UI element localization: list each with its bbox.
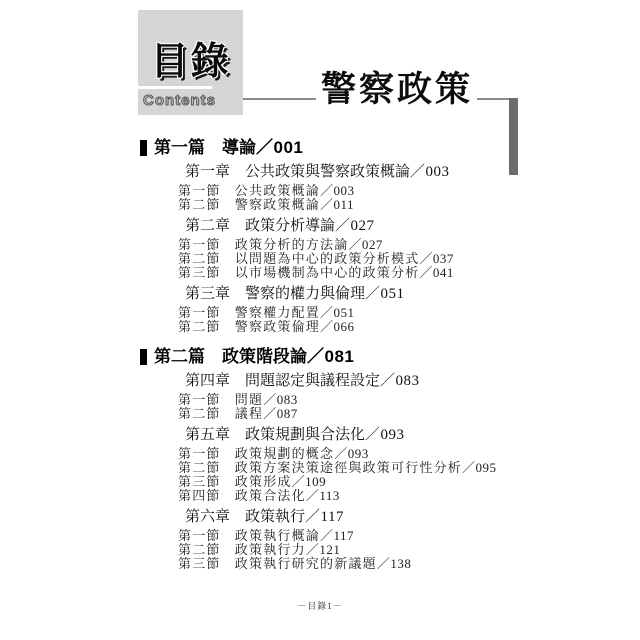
toc-entry-page: ／087 (263, 406, 298, 421)
toc-entry-section: 第四節 政策合法化／113 (140, 489, 522, 503)
toc-entry-page: ／109 (292, 474, 327, 489)
contents-badge: 目錄 Contents (138, 10, 243, 115)
toc-entry-section: 第二節 議程／087 (140, 407, 522, 421)
toc-entry-page: ／093 (334, 446, 369, 461)
toc-entry-title: 第一章 公共政策與警察政策概論 (185, 164, 410, 180)
toc-entry-chapter: 第三章 警察的權力與倫理／051 (140, 285, 522, 303)
toc-entry-chapter: 第六章 政策執行／117 (140, 508, 522, 526)
toc-entry-title: 第二節 政策執行力 (178, 542, 306, 557)
toc-entry-page: ／083 (263, 392, 298, 407)
toc-entry-title: 第一節 警察權力配置 (178, 305, 320, 320)
toc-entry-title: 第二篇 政策階段論 (154, 347, 307, 367)
part-marker-bar (140, 140, 147, 156)
title-rule-right (477, 98, 510, 100)
badge-divider-line (138, 86, 212, 89)
toc-entry-page: ／138 (377, 556, 412, 571)
toc-entry-section: 第一節 政策分析的方法論／027 (140, 238, 522, 252)
toc-entry-section: 第三節 政策形成／109 (140, 475, 522, 489)
toc-entry-title: 第五章 政策規劃與合法化 (185, 427, 365, 443)
toc-entry-title: 第一節 政策執行概論 (178, 528, 320, 543)
toc-entry-page: ／083 (380, 373, 420, 389)
page-footer: －目錄1－ (0, 599, 640, 612)
toc-entry-chapter: 第四章 問題認定與議程設定／083 (140, 372, 522, 390)
toc-entry-title: 第四節 政策合法化 (178, 488, 306, 503)
toc-entry-title: 第二節 警察政策倫理 (178, 319, 320, 334)
toc-entry-title: 第一節 問題 (178, 392, 263, 407)
toc-entry-page: ／117 (305, 509, 344, 525)
toc-entry-page: ／051 (365, 286, 405, 302)
toc-entry-section: 第一節 政策規劃的概念／093 (140, 447, 522, 461)
toc-entry-title: 第一節 政策分析的方法論 (178, 237, 348, 252)
toc-entry-section: 第二節 警察政策倫理／066 (140, 320, 522, 334)
toc-entry-page: ／001 (256, 138, 303, 158)
toc-entry-page: ／121 (306, 542, 341, 557)
toc-entry-section: 第一節 公共政策概論／003 (140, 184, 522, 198)
toc-entry-page: ／027 (335, 218, 375, 234)
toc-entry-section: 第一節 政策執行概論／117 (140, 529, 522, 543)
toc-entry-section: 第二節 政策方案決策途徑與政策可行性分析／095 (140, 461, 522, 475)
toc-entry-part: 第一篇 導論／001 (140, 138, 522, 158)
toc-entry-section: 第一節 警察權力配置／051 (140, 306, 522, 320)
contents-badge-title-en: Contents (138, 92, 243, 109)
toc-entry-title: 第三節 以市場機制為中心的政策分析 (178, 265, 419, 280)
toc-entry-page: ／066 (320, 319, 355, 334)
toc-entry-page: ／117 (320, 528, 354, 543)
part-marker-bar (140, 349, 147, 365)
toc-entry-title: 第一篇 導論 (154, 138, 256, 158)
toc-entry-page: ／041 (419, 265, 454, 280)
toc-entry-chapter: 第五章 政策規劃與合法化／093 (140, 426, 522, 444)
toc-entry-section: 第二節 以問題為中心的政策分析模式／037 (140, 252, 522, 266)
toc-entry-title: 第三章 警察的權力與倫理 (185, 286, 365, 302)
toc-entry-section: 第二節 警察政策概論／011 (140, 198, 522, 212)
title-rule-left (243, 98, 316, 100)
toc-entry-title: 第一節 政策規劃的概念 (178, 446, 334, 461)
toc-entry-title: 第六章 政策執行 (185, 509, 305, 525)
toc-entry-page: ／027 (348, 237, 383, 252)
toc-entry-page: ／037 (419, 251, 454, 266)
toc-entry-page: ／011 (320, 197, 354, 212)
toc-entry-title: 第三節 政策執行研究的新議題 (178, 556, 377, 571)
toc-entry-title: 第二章 政策分析導論 (185, 218, 335, 234)
toc-entry-page: ／081 (307, 347, 354, 367)
toc-entry-page: ／003 (320, 183, 355, 198)
toc-entry-part: 第二篇 政策階段論／081 (140, 347, 522, 367)
toc-entry-title: 第二節 政策方案決策途徑與政策可行性分析 (178, 460, 462, 475)
toc-entry-title: 第三節 政策形成 (178, 474, 292, 489)
toc-entry-section: 第一節 問題／083 (140, 393, 522, 407)
toc-entry-title: 第二節 以問題為中心的政策分析模式 (178, 251, 419, 266)
toc-entry-page: ／093 (365, 427, 405, 443)
toc-entry-title: 第四章 問題認定與議程設定 (185, 373, 380, 389)
toc-entry-title: 第二節 議程 (178, 406, 263, 421)
toc-list: 第一篇 導論／001第一章 公共政策與警察政策概論／003第一節 公共政策概論／… (140, 138, 522, 571)
contents-badge-title-zh: 目錄 (138, 43, 243, 81)
toc-entry-chapter: 第一章 公共政策與警察政策概論／003 (140, 163, 522, 181)
toc-entry-section: 第二節 政策執行力／121 (140, 543, 522, 557)
toc-entry-chapter: 第二章 政策分析導論／027 (140, 217, 522, 235)
toc-entry-page: ／113 (306, 488, 340, 503)
toc-entry-page: ／051 (320, 305, 355, 320)
toc-entry-section: 第三節 以市場機制為中心的政策分析／041 (140, 266, 522, 280)
toc-entry-title: 第一節 公共政策概論 (178, 183, 320, 198)
toc-entry-page: ／003 (410, 164, 450, 180)
book-title: 警察政策 (321, 71, 473, 110)
toc-entry-page: ／095 (462, 460, 497, 475)
toc-page: 目錄 Contents 警察政策 第一篇 導論／001第一章 公共政策與警察政策… (0, 0, 640, 640)
toc-entry-title: 第二節 警察政策概論 (178, 197, 320, 212)
toc-entry-section: 第三節 政策執行研究的新議題／138 (140, 557, 522, 571)
